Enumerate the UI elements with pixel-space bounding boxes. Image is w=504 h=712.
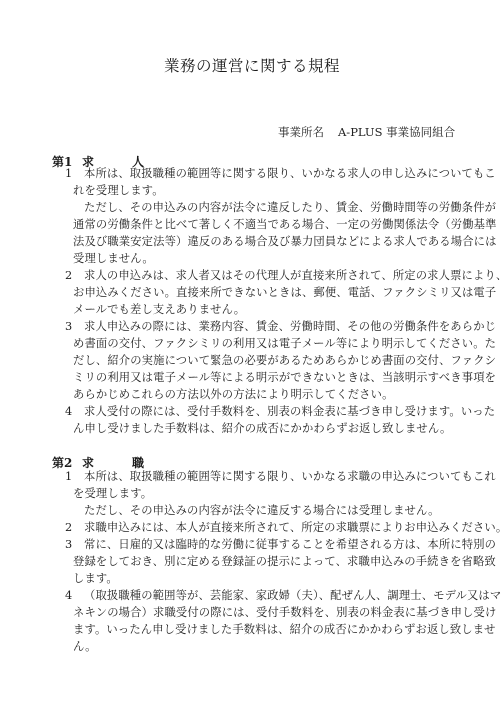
section-heading-char: 求 xyxy=(82,454,132,471)
text-line: を受理します。 xyxy=(73,487,152,501)
text-line: ただし、その申込みの内容が法令に違反したり、賃金、労働時間等の労働条件が xyxy=(84,201,496,215)
text-line: 受理しません。 xyxy=(73,252,154,266)
item-number: 2 xyxy=(65,521,72,535)
text-line: 登録をしておき、別に定める登録証の提示によって、求職申込みの手続きを省略致 xyxy=(73,555,496,569)
text-line: あらかじめこれらの方法以外の方法により明示してください。 xyxy=(73,388,394,402)
section-heading-char: 職 xyxy=(132,456,144,470)
text-line: 本所は、取扱職種の範囲等に関する限り、いかなる求職の申込みについてもこれ xyxy=(84,470,496,484)
text-line: ます。いったん申し受けました手数料は、紹介の成否にかかわらずお返し致しませ xyxy=(73,623,496,637)
text-line: （取扱職種の範囲等が、芸能家、家政婦（夫）、配ぜん人、調理士、モデル又はマ xyxy=(84,589,501,603)
text-line: 求職申込みには、本人が直接来所されて、所定の求職票によりお申込みください。 xyxy=(84,521,504,535)
text-line: ネキンの場合）求職受付の際には、受付手数料を、別表の料金表に基づき申し受け xyxy=(73,606,496,620)
text-line: 常に、日雇的又は臨時的な労働に従事することを希望される方は、本所に特別の xyxy=(84,538,496,552)
text-line: だし、紹介の実施について緊急の必要があるためあらかじめ書面の交付、ファクシ xyxy=(73,354,496,368)
item-number: 1 xyxy=(65,470,72,484)
text-line: メールでも差し支えありません。 xyxy=(73,303,245,317)
text-line: ん申し受けました手数料は、紹介の成否にかかわらずお返し致しません。 xyxy=(73,422,451,436)
item-number: 3 xyxy=(65,538,72,552)
text-line: 本所は、取扱職種の範囲等に関する限り、いかなる求人の申し込みについてもこ xyxy=(84,167,496,181)
section-heading-2: 第2求職 xyxy=(52,454,144,471)
section-number: 第2 xyxy=(52,454,82,471)
text-line: れを受理します。 xyxy=(73,184,164,198)
org-label: 事業所名 xyxy=(278,125,324,139)
item-number: 4 xyxy=(65,405,72,419)
text-line: 求人の申込みは、求人者又はその代理人が直接来所されて、所定の求人票により、 xyxy=(84,269,504,283)
document-title: 業務の運営に関する規程 xyxy=(0,54,504,76)
text-line: 通常の労働条件と比べて著しく不適当である場合、一定の労働関係法令（労働基準 xyxy=(73,218,497,232)
text-line: ただし、その申込みの内容が法令に違反する場合には受理しません。 xyxy=(84,504,440,518)
item-number: 4 xyxy=(65,589,72,603)
text-line: ミリの利用又は電子メール等による明示ができないときは、当該明示すべき事項を xyxy=(73,371,496,385)
text-line: 法及び職業安定法等）違反のある場合及び暴力団員などによる求人である場合には xyxy=(73,235,497,249)
org-name: A-PLUS 事業協同組合 xyxy=(338,125,455,139)
text-line: 求人受付の際には、受付手数料を、別表の料金表に基づき申し受けます。いった xyxy=(84,405,495,419)
item-number: 1 xyxy=(65,167,72,181)
text-line: お申込みください。直接来所できないときは、郵便、電話、ファクシミリ又は電子 xyxy=(73,286,496,300)
item-number: 2 xyxy=(65,269,72,283)
text-line: します。 xyxy=(73,572,118,586)
text-line: ん。 xyxy=(73,640,97,654)
item-number: 3 xyxy=(65,320,72,334)
text-line: 求人申込みの際には、業務内容、賃金、労働時間、その他の労働条件をあらかじ xyxy=(84,320,496,334)
organization-line: 事業所名A-PLUS 事業協同組合 xyxy=(278,124,455,140)
text-line: め書面の交付、ファクシミリの利用又は電子メール等により明示してください。た xyxy=(73,337,496,351)
